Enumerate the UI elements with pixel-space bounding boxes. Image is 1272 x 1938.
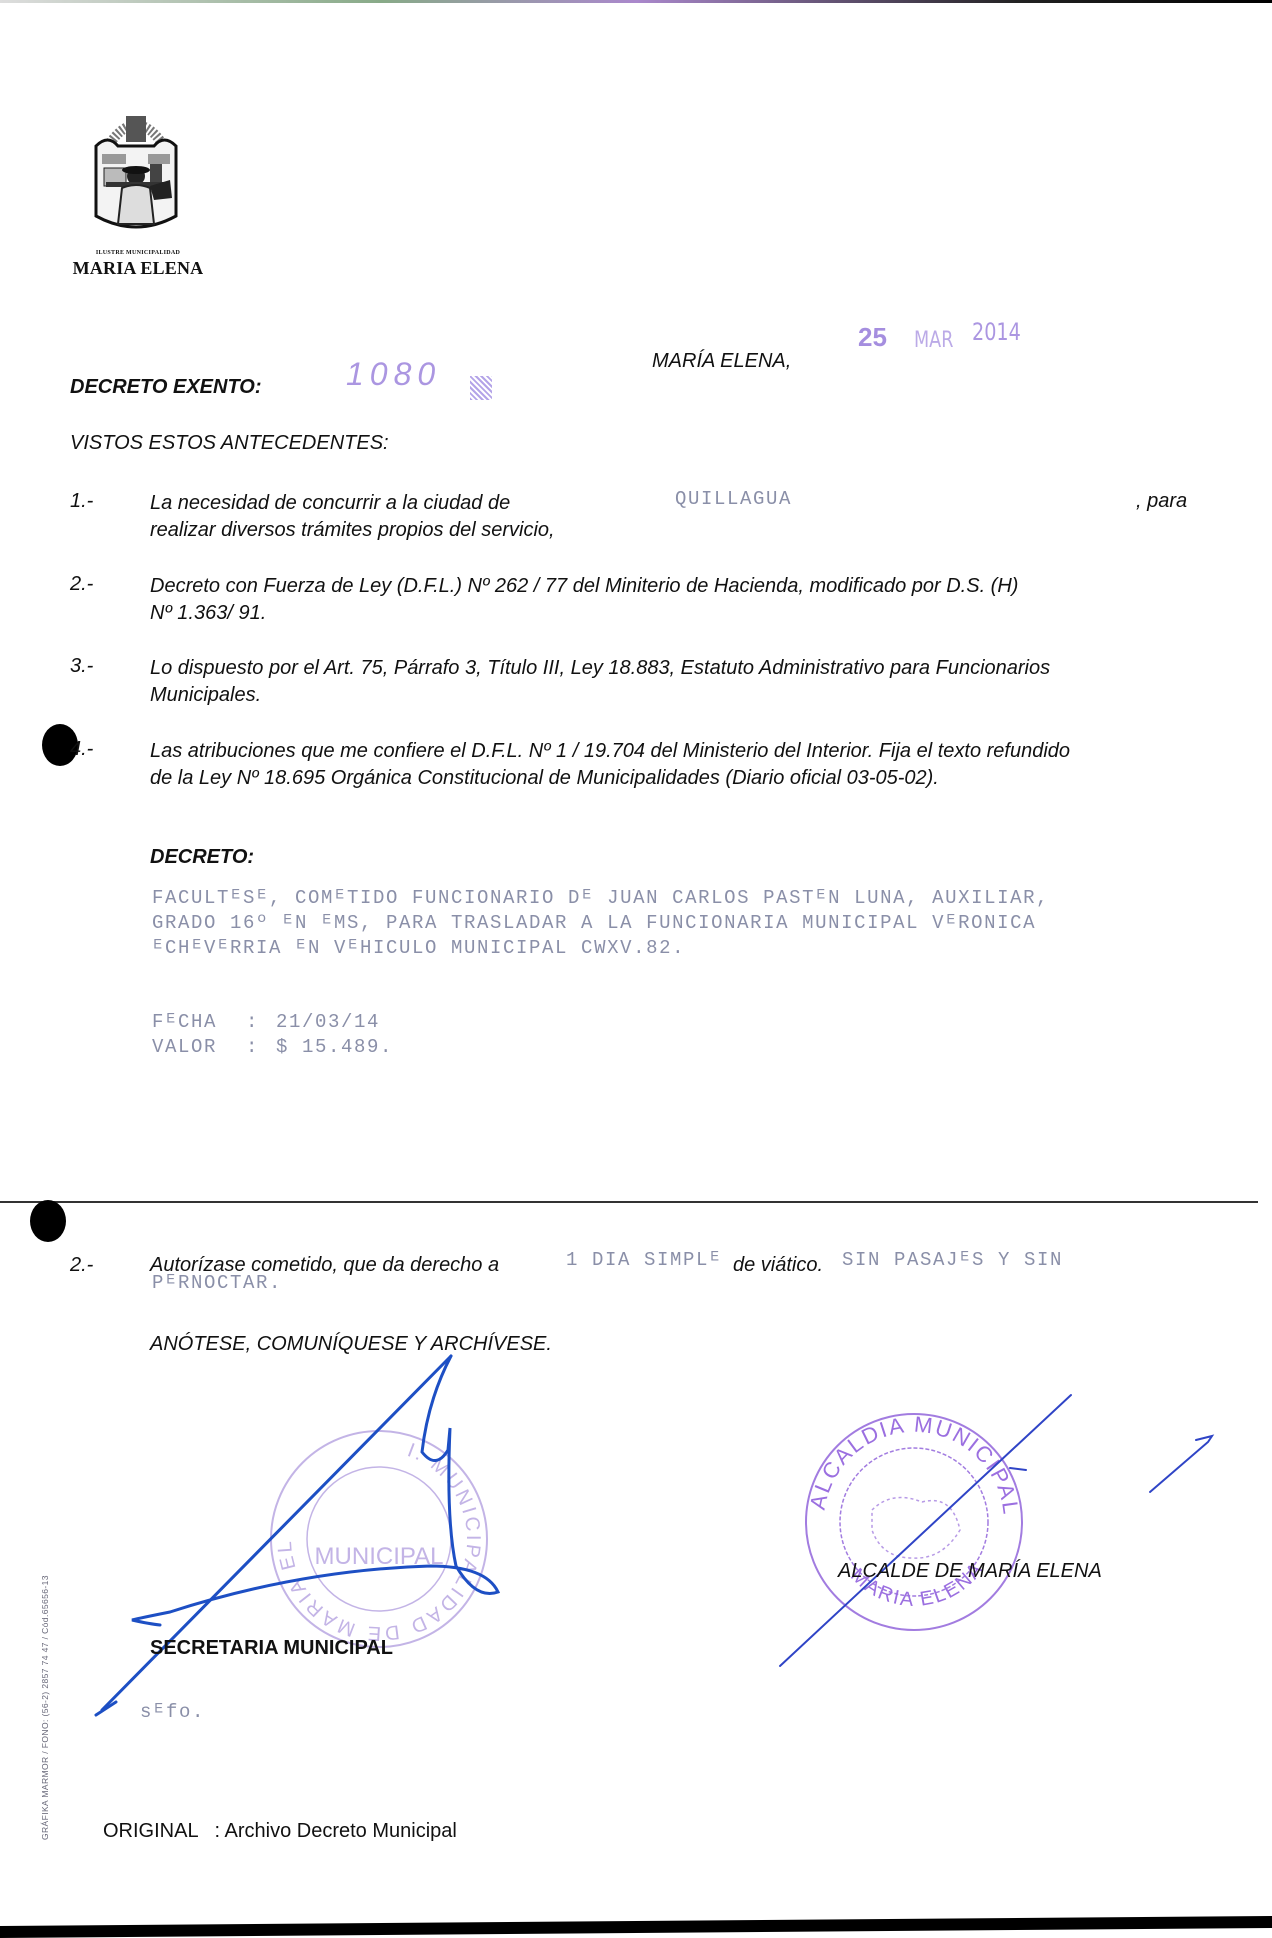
- decreto-typed-line-2: GRADO 16º ᴱN ᴱMS, PARA TRASLADAR A LA FU…: [152, 911, 1036, 936]
- decreto-heading: DECRETO:: [150, 846, 254, 869]
- decree-exento-label: DECRETO EXENTO:: [70, 376, 262, 399]
- fecha-colon: :: [246, 1010, 259, 1035]
- date-stamp-year: 2014: [972, 318, 1021, 346]
- fecha-label: FᴱCHA: [152, 1010, 217, 1035]
- vistos-item-2-number: 2.-: [70, 573, 93, 596]
- authorization-typed-line2: PᴱRNOCTAR.: [152, 1271, 282, 1296]
- municipal-secretary-stamp: I. MUNICIPALIDAD DE MARIA ELENA MUNICIPA…: [266, 1426, 492, 1652]
- printer-imprint: GRÁFIKA MARMOR / FONO: (56-2) 2857 74 47…: [40, 1575, 50, 1840]
- fecha-value: 21/03/14: [276, 1010, 380, 1035]
- secretary-title: SECRETARIA MUNICIPAL: [150, 1637, 393, 1660]
- logo-title: MARIA ELENA: [64, 258, 212, 279]
- decreto-typed-line-1: FACULTᴱSᴱ, COMᴱTIDO FUNCIONARIO Dᴱ JUAN …: [152, 886, 1049, 911]
- vistos-item-4-number: 4.-: [70, 738, 93, 761]
- logo-subtitle: ILUSTRE MUNICIPALIDAD: [70, 250, 206, 256]
- scan-bottom-edge: [0, 1916, 1272, 1938]
- distribution-line: ORIGINAL : Archivo Decreto Municipal: [103, 1820, 457, 1843]
- vistos-item-1-end: , para: [1136, 490, 1187, 513]
- vistos-heading: VISTOS ESTOS ANTECEDENTES:: [70, 432, 389, 455]
- closing-formula: ANÓTESE, COMUNÍQUESE Y ARCHÍVESE.: [150, 1333, 552, 1356]
- section-divider: [0, 1201, 1258, 1203]
- decreto-typed-line-3: ᴱCHᴱVᴱRRIA ᴱN VᴱHICULO MUNICIPAL CWXV.82…: [152, 936, 685, 961]
- right-stamp-top-text: ALCALDIA MUNICIPAL: [805, 1412, 1024, 1518]
- authorization-typed-days: 1 DIA SIMPLᴱ: [566, 1248, 722, 1273]
- vistos-item-3-line2: Municipales.: [150, 682, 1200, 709]
- alcaldia-stamp: ALCALDIA MUNICIPAL MARIA ELENA: [802, 1410, 1026, 1634]
- valor-value: $ 15.489.: [276, 1035, 393, 1060]
- place-label: MARÍA ELENA,: [652, 350, 791, 373]
- municipal-crest-logo: [88, 106, 184, 236]
- authorization-typed-after: SIN PASAJᴱS Y SIN: [842, 1248, 1063, 1273]
- vistos-item-2-line1: Decreto con Fuerza de Ley (D.F.L.) Nº 26…: [150, 573, 1200, 600]
- authorization-viatico: de viático.: [733, 1254, 823, 1277]
- valor-label: VALOR: [152, 1035, 217, 1060]
- left-stamp-center-text: MUNICIPAL: [315, 1543, 444, 1570]
- vistos-item-4-line1: Las atribuciones que me confiere el D.F.…: [150, 738, 1200, 765]
- date-stamp-day: 25: [858, 322, 887, 353]
- vistos-item-3-line1: Lo dispuesto por el Art. 75, Párrafo 3, …: [150, 655, 1200, 682]
- valor-colon: :: [246, 1035, 259, 1060]
- vistos-item-1-line2: realizar diversos trámites propios del s…: [150, 517, 1200, 544]
- mayor-title: ALCALDE DE MARÍA ELENA: [838, 1560, 1102, 1583]
- typist-initials: sᴱfo.: [140, 1700, 205, 1725]
- punch-hole: [30, 1200, 66, 1242]
- scan-top-edge: [0, 0, 1272, 3]
- vistos-item-4-line2: de la Ley Nº 18.695 Orgánica Constitucio…: [150, 765, 1200, 792]
- svg-text:ALCALDIA MUNICIPAL: ALCALDIA MUNICIPAL: [805, 1412, 1024, 1518]
- decree-number-stamp: 1080: [346, 356, 441, 393]
- date-stamp-month: MAR: [914, 328, 953, 353]
- vistos-item-2-line2: Nº 1.363/ 91.: [150, 600, 1200, 627]
- vistos-item-3-number: 3.-: [70, 655, 93, 678]
- vistos-item-1-city: QUILLAGUA: [675, 487, 792, 512]
- stamp-smudge: [470, 376, 492, 400]
- vistos-item-1-number: 1.-: [70, 490, 93, 513]
- authorization-number: 2.-: [70, 1254, 93, 1277]
